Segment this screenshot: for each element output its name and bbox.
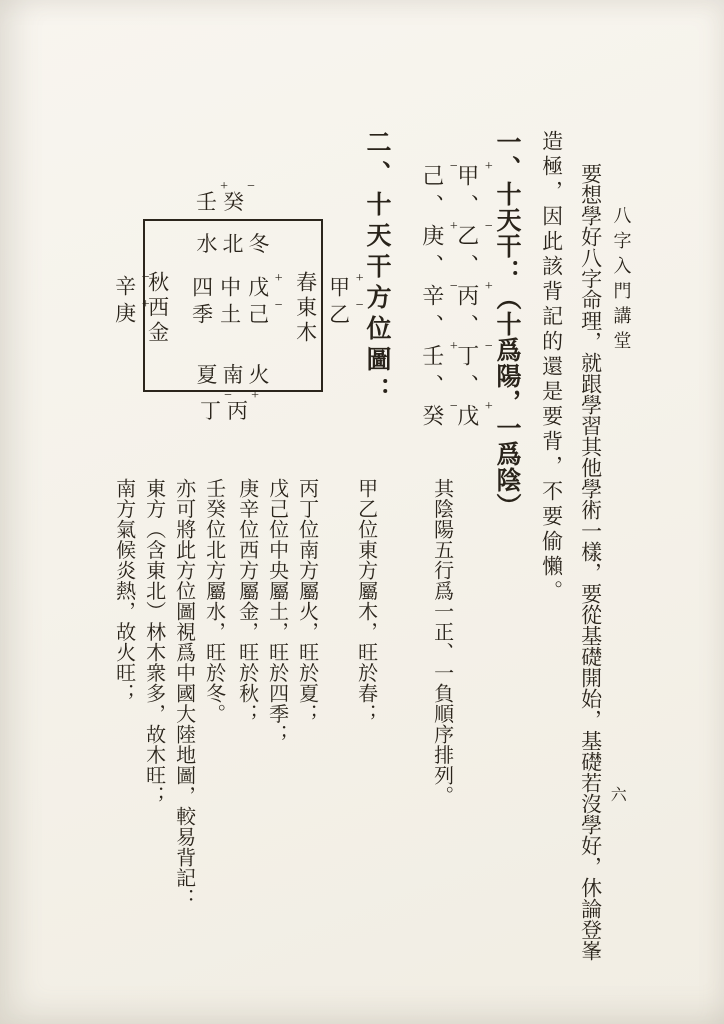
west-inner-label: 秋西金 <box>146 271 169 346</box>
north-stems-label: 壬+癸− <box>196 186 250 216</box>
explanation-column-fire: 丙丁位南方屬火，旺於夏； <box>295 478 317 724</box>
yinyang-sign: − <box>450 160 458 174</box>
stem-character: 丙+ <box>455 284 480 314</box>
stem-character: 壬+ <box>420 344 445 374</box>
yinyang-sign: + <box>485 160 493 174</box>
stem-separator: 、 <box>455 194 480 224</box>
stem-character: 丙+ <box>227 395 248 425</box>
east-inner-label: 春東木 <box>294 271 317 346</box>
explanation-column-east-region: 東方（含東北）林木衆多，故木旺； <box>142 478 164 806</box>
stem-separator: 、 <box>420 374 445 404</box>
yinyang-sign: + <box>142 298 150 312</box>
section-one-heading: 一、十天干：（十爲陽，一爲陰） <box>493 129 520 519</box>
yinyang-sign: + <box>485 400 493 414</box>
stem-separator: 、 <box>455 374 480 404</box>
stem-character: 甲+ <box>455 164 480 194</box>
explanation-column-map-note: 亦可將此方位圖視爲中國大陸地圖，較易背記： <box>172 478 194 909</box>
stem-character: 癸− <box>420 404 445 434</box>
stems-column-second: 己−、庚+、辛−、壬+、癸− <box>420 164 444 434</box>
north-inner-label: 水北冬 <box>143 228 323 258</box>
stem-character: 乙− <box>327 303 351 330</box>
yinyang-sign: + <box>220 180 228 194</box>
intro-paragraph-line-1: 要想學好八字命理，就跟學習其他學術一樣，要從基礎開始，基礎若沒學好，休論登峯 <box>579 163 602 961</box>
stem-character: 甲+ <box>327 276 351 303</box>
stem-character: 己− <box>246 303 270 330</box>
yinyang-sign: + <box>275 272 283 286</box>
yinyang-sign: − <box>142 271 150 285</box>
yinyang-sign: + <box>450 340 458 354</box>
center-stems-label: 戊+己− <box>246 276 269 330</box>
stem-character: 辛− <box>420 284 445 314</box>
yinyang-sign: − <box>224 389 232 403</box>
stems-column-first: 甲+、乙−、丙+、丁−、戊+ <box>455 164 479 434</box>
stem-character: 丁− <box>200 395 221 425</box>
yinyang-sign: − <box>485 220 493 234</box>
yinyang-order-note: 其陰陽五行爲一正、一負順序排列。 <box>430 478 452 806</box>
section-two-heading: 二、十天干方位圖： <box>363 129 390 408</box>
yinyang-sign: + <box>251 389 259 403</box>
center-earth-label: 中土 <box>218 276 241 330</box>
yinyang-sign: − <box>247 180 255 194</box>
east-stems-label: 甲+乙− <box>327 276 350 330</box>
stem-separator: 、 <box>420 254 445 284</box>
stem-character: 辛− <box>113 275 137 302</box>
yinyang-sign: − <box>275 299 283 313</box>
stem-character: 庚+ <box>113 302 137 329</box>
yinyang-sign: − <box>485 340 493 354</box>
stem-character: 戊+ <box>455 404 480 434</box>
south-stems-label: 丁−丙+ <box>200 395 254 425</box>
page-number: 六 <box>608 786 625 802</box>
center-seasons-label: 四季 <box>190 276 213 330</box>
running-head-title: 八字入門講堂 <box>611 206 630 356</box>
stem-separator: 、 <box>455 254 480 284</box>
stem-character: 丁− <box>455 344 480 374</box>
explanation-column-water: 壬癸位北方屬水，旺於冬。 <box>202 478 224 724</box>
explanation-column-south-region: 南方氣候炎熱，故火旺； <box>112 478 134 704</box>
explanation-column-wood: 甲乙位東方屬木，旺於春； <box>354 478 376 724</box>
stem-character: 己− <box>420 164 445 194</box>
yinyang-sign: − <box>450 400 458 414</box>
stem-separator: 、 <box>455 314 480 344</box>
diagram-box <box>143 219 323 392</box>
yinyang-sign: + <box>450 220 458 234</box>
west-stems-label: 辛−庚+ <box>113 275 136 329</box>
explanation-column-earth: 戊己位中央屬土，旺於四季； <box>265 478 287 745</box>
yinyang-sign: − <box>450 280 458 294</box>
intro-paragraph-line-2: 造極，因此該背記的還是要背，不要偷懶。 <box>540 130 563 605</box>
stem-separator: 、 <box>420 194 445 224</box>
stem-character: 癸− <box>223 186 244 216</box>
explanation-column-metal: 庚辛位西方屬金，旺於秋； <box>235 478 257 724</box>
stem-character: 乙− <box>455 224 480 254</box>
stem-character: 壬+ <box>196 186 217 216</box>
south-inner-label: 夏南火 <box>143 359 323 389</box>
yinyang-sign: + <box>485 280 493 294</box>
page-scan: 八字入門講堂 六 要想學好八字命理，就跟學習其他學術一樣，要從基礎開始，基礎若沒… <box>0 0 724 1024</box>
stem-character: 庚+ <box>420 224 445 254</box>
stem-character: 戊+ <box>246 276 270 303</box>
stem-separator: 、 <box>420 314 445 344</box>
